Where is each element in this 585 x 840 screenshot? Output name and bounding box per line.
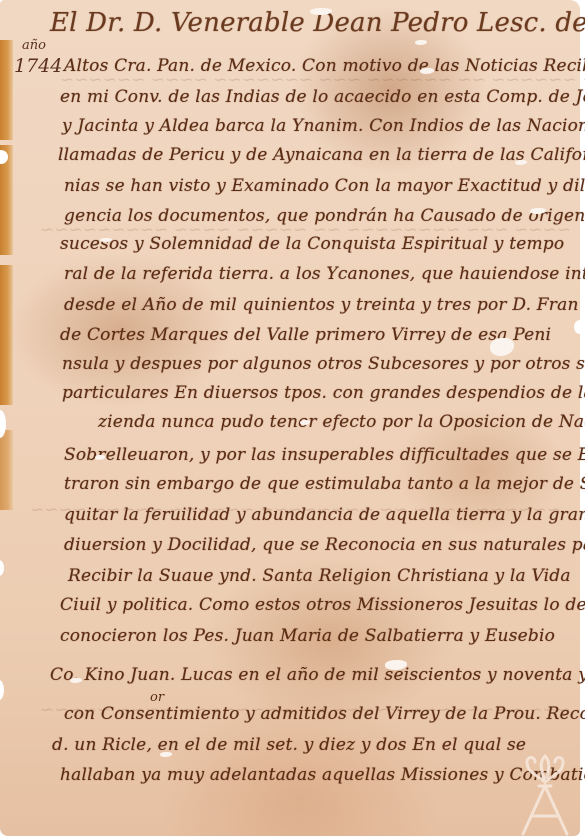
binding-strip xyxy=(0,430,13,510)
text-line: zienda nunca pudo tener efecto por la Op… xyxy=(98,412,585,432)
margin-note-label: año xyxy=(22,38,46,53)
text-line: de Cortes Marques del Valle primero Virr… xyxy=(60,325,551,345)
text-line: con Consentimiento y admitidos del Virre… xyxy=(64,704,585,724)
edge-tear xyxy=(0,680,4,700)
text-line: nias se han visto y Examinado Con la may… xyxy=(64,176,585,196)
paper-hole xyxy=(415,40,427,45)
binding-strip xyxy=(0,265,13,405)
edge-tear xyxy=(574,320,585,334)
text-line: conocieron los Pes. Juan Maria de Salbat… xyxy=(60,626,555,646)
text-line: d. un Ricle, en el de mil set. y diez y … xyxy=(52,735,526,755)
text-line: nsula y despues por algunos otros Subces… xyxy=(62,354,585,374)
archive-logo-icon xyxy=(515,752,575,836)
text-line: llamadas de Pericu y de Aynaicana en la … xyxy=(58,145,585,165)
text-line: hallaban ya muy adelantadas aquellas Mis… xyxy=(60,765,585,785)
text-line: y Jacinta y Aldea barca la Ynanim. Con I… xyxy=(62,116,585,136)
edge-tear xyxy=(0,560,4,576)
text-line: diuersion y Docilidad, que se Reconocia … xyxy=(64,535,585,555)
text-line: Sobrelleuaron, y por las insuperables di… xyxy=(64,445,585,465)
text-line: Recibir la Suaue ynd. Santa Religion Chr… xyxy=(68,566,571,586)
text-line: Ciuil y politica. Como estos otros Missi… xyxy=(60,595,585,615)
text-line: desde el Año de mil quinientos y treinta… xyxy=(64,295,579,315)
text-line: sucesos y Solemnidad de la Conquista Esp… xyxy=(60,234,564,254)
text-line: Co. Kino Juan. Lucas en el año de mil se… xyxy=(50,665,585,685)
margin-note-year: 1744 xyxy=(14,55,62,77)
text-line: quitar la feruilidad y abundancia de aqu… xyxy=(64,505,585,525)
text-line: gencia los documentos, que pondrán ha Ca… xyxy=(64,206,585,226)
text-line: traron sin embargo de que estimulaba tan… xyxy=(64,474,585,494)
text-line: en mi Conv. de las Indias de lo acaecido… xyxy=(60,87,585,107)
binding-strip xyxy=(0,40,13,140)
text-line: particulares En diuersos tpos. con grand… xyxy=(62,383,585,403)
text-line: ral de la referida tierra. a los Ycanone… xyxy=(64,264,585,284)
text-line: Altos Cra. Pan. de Mexico. Con motivo de… xyxy=(64,56,585,76)
manuscript-page: ~~~ ~~~~~~ ~~ ~~~~~~ ~~~ ~~~~~~~ ~~~~ ~~… xyxy=(0,0,580,836)
superscript-note: or xyxy=(150,690,164,705)
paper-hole xyxy=(160,752,172,757)
